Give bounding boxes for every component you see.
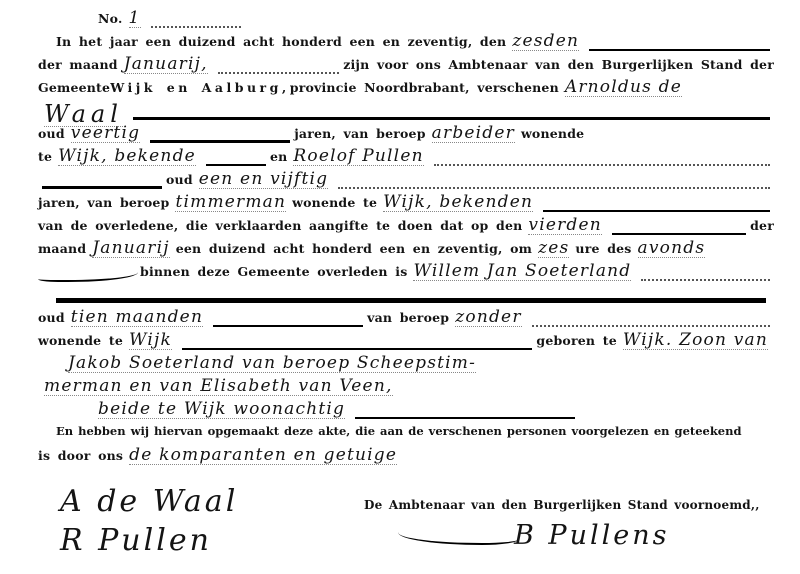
entry-declarant2-residence: Wijk, bekenden <box>383 194 533 212</box>
heavy-rule <box>56 298 766 303</box>
fill-line <box>338 187 770 189</box>
form-line-signers: is door ons de komparanten en getuige <box>38 447 774 470</box>
entry-mother: merman en van Elisabeth van Veen, <box>44 378 393 396</box>
gemeente-name: Wijk en Aalburg, <box>110 80 290 95</box>
fill-line <box>543 210 770 212</box>
fill-line <box>612 233 746 235</box>
fill-line <box>589 49 770 51</box>
form-line-declarant2-occupation: jaren, van beroep timmerman wonende te W… <box>38 194 774 217</box>
is-door-ons-label: is door ons <box>38 448 123 463</box>
entry-deceased-occupation: zonder <box>455 309 521 327</box>
ure-des-label: ure des <box>575 241 631 256</box>
entry-declarant1-residence: Wijk, bekende <box>58 148 196 166</box>
wonende-te-label: wonende te <box>292 195 377 210</box>
entry-deceased-name: Willem Jan Soeterland <box>413 263 631 281</box>
form-line-father: Jakob Soeterland van beroep Scheepstim- <box>38 355 774 378</box>
form-line-month: der maand Januarij, zijn voor ons Ambten… <box>38 56 774 79</box>
entry-deceased-residence: Wijk <box>129 332 172 350</box>
entry-death-day: vierden <box>528 217 602 235</box>
record-number-label: No. <box>98 11 123 26</box>
declarant-signatures: A de Waal R Pullen <box>60 482 238 560</box>
age-label: oud <box>38 126 65 141</box>
fill-line <box>151 26 241 28</box>
pen-flourish <box>398 527 518 545</box>
fill-line <box>42 186 162 189</box>
province-line-text: provincie Noordbrabant, verschenen <box>290 80 559 95</box>
oud-label: oud <box>166 172 193 187</box>
form-line-deceased-age: oud tien maanden van beroep zonder <box>38 309 774 332</box>
fill-line <box>532 325 770 327</box>
jaren-beroep-label: jaren, van beroep <box>294 126 425 141</box>
officer-signature-block: De Ambtenaar van den Burgerlijken Stand … <box>364 482 774 560</box>
form-line-declarant2-age: oud een en vijftig <box>38 171 774 194</box>
entry-declarant1-firstname: Arnoldus de <box>565 79 682 97</box>
entry-declarant2-name: Roelof Pullen <box>293 148 423 166</box>
record-number-value: 1 <box>129 10 141 28</box>
record-number-line: No. 1 <box>38 10 774 33</box>
form-line-empty <box>38 286 774 309</box>
signature-area: A de Waal R Pullen De Ambtenaar van den … <box>38 482 774 560</box>
entry-deceased-age: tien maanden <box>71 309 203 327</box>
signature-declarant1: A de Waal <box>60 482 238 521</box>
year-line-text: In het jaar een duizend acht honderd een… <box>56 34 506 49</box>
form-line-parents-residence: beide te Wijk woonachtig <box>38 401 774 424</box>
entry-birthplace: Wijk. Zoon van <box>623 332 768 350</box>
fill-line <box>434 164 770 166</box>
maand-label: maand <box>38 241 86 256</box>
entry-death-time-of-day: avonds <box>638 240 706 258</box>
form-line-declarant1-residence: te Wijk, bekende en Roelof Pullen <box>38 148 774 171</box>
entry-declarant2-occupation: timmerman <box>175 194 286 212</box>
entry-declarant2-age: een en vijftig <box>199 171 328 189</box>
entry-death-hour: zes <box>538 240 569 258</box>
officials-line-text: zijn voor ons Ambtenaar van den Burgerli… <box>343 57 774 72</box>
form-line-death-date: maand Januarij een duizend acht honderd … <box>38 240 774 263</box>
entry-registration-month: Januarij, <box>124 56 208 74</box>
pen-flourish <box>38 268 138 282</box>
declaration-line-text: van de overledene, die verklaarden aangi… <box>38 218 522 233</box>
form-line-declarant1-surname: Waal <box>38 102 774 125</box>
der-label: der <box>750 218 774 233</box>
form-line-year: In het jaar een duizend acht honderd een… <box>38 33 774 56</box>
entry-declarant1-age: veertig <box>71 125 140 143</box>
van-beroep-label: van beroep <box>367 310 449 325</box>
jaren-beroep-label: jaren, van beroep <box>38 195 169 210</box>
signature-declarant2: R Pullen <box>60 521 238 560</box>
geboren-te-label: geboren te <box>536 333 616 348</box>
form-line-mother: merman en van Elisabeth van Veen, <box>38 378 774 401</box>
signature-officer: B Pullens <box>514 520 669 551</box>
te-label: te <box>38 149 52 164</box>
overleden-line-text: binnen deze Gemeente overleden is <box>140 264 407 279</box>
form-line-closing: En hebben wij hiervan opgemaakt deze akt… <box>38 424 774 447</box>
wonende-te-label: wonende te <box>38 333 123 348</box>
fill-line <box>218 72 339 74</box>
fill-line <box>133 117 770 120</box>
gemeente-label: Gemeente <box>38 80 110 95</box>
form-line-gemeente: Gemeente Wijk en Aalburg, provincie Noor… <box>38 79 774 102</box>
oud-label: oud <box>38 310 65 325</box>
form-line-deceased-residence: wonende te Wijk geboren te Wijk. Zoon va… <box>38 332 774 355</box>
officer-title: De Ambtenaar van den Burgerlijken Stand … <box>364 498 774 512</box>
entry-declarant1-occupation: arbeider <box>432 125 515 143</box>
death-certificate: No. 1 In het jaar een duizend acht honde… <box>0 0 800 574</box>
fill-line <box>206 164 266 166</box>
entry-father: Jakob Soeterland van beroep Scheepstim- <box>68 355 476 373</box>
form-line-deceased: binnen deze Gemeente overleden is Willem… <box>38 263 774 286</box>
fill-line <box>355 417 575 419</box>
form-line-declaration: van de overledene, die verklaarden aangi… <box>38 217 774 240</box>
fill-line <box>182 348 532 350</box>
fill-line <box>150 140 290 143</box>
entry-parents-residence: beide te Wijk woonachtig <box>98 401 345 419</box>
fill-line <box>213 325 363 327</box>
officer-signature-row: B Pullens <box>398 520 774 551</box>
closing-line-text: En hebben wij hiervan opgemaakt deze akt… <box>56 424 742 438</box>
month-label: der maand <box>38 57 118 72</box>
wonende-label: wonende <box>521 126 584 141</box>
year-phrase-text: een duizend acht honderd een en zeventig… <box>176 241 532 256</box>
fill-line <box>641 279 770 281</box>
entry-registration-day: zesden <box>512 33 579 51</box>
entry-signers: de komparanten en getuige <box>129 447 397 465</box>
entry-death-month: Januarij <box>92 240 169 258</box>
en-label: en <box>270 149 287 164</box>
form-line-declarant1-age: oud veertig jaren, van beroep arbeider w… <box>38 125 774 148</box>
